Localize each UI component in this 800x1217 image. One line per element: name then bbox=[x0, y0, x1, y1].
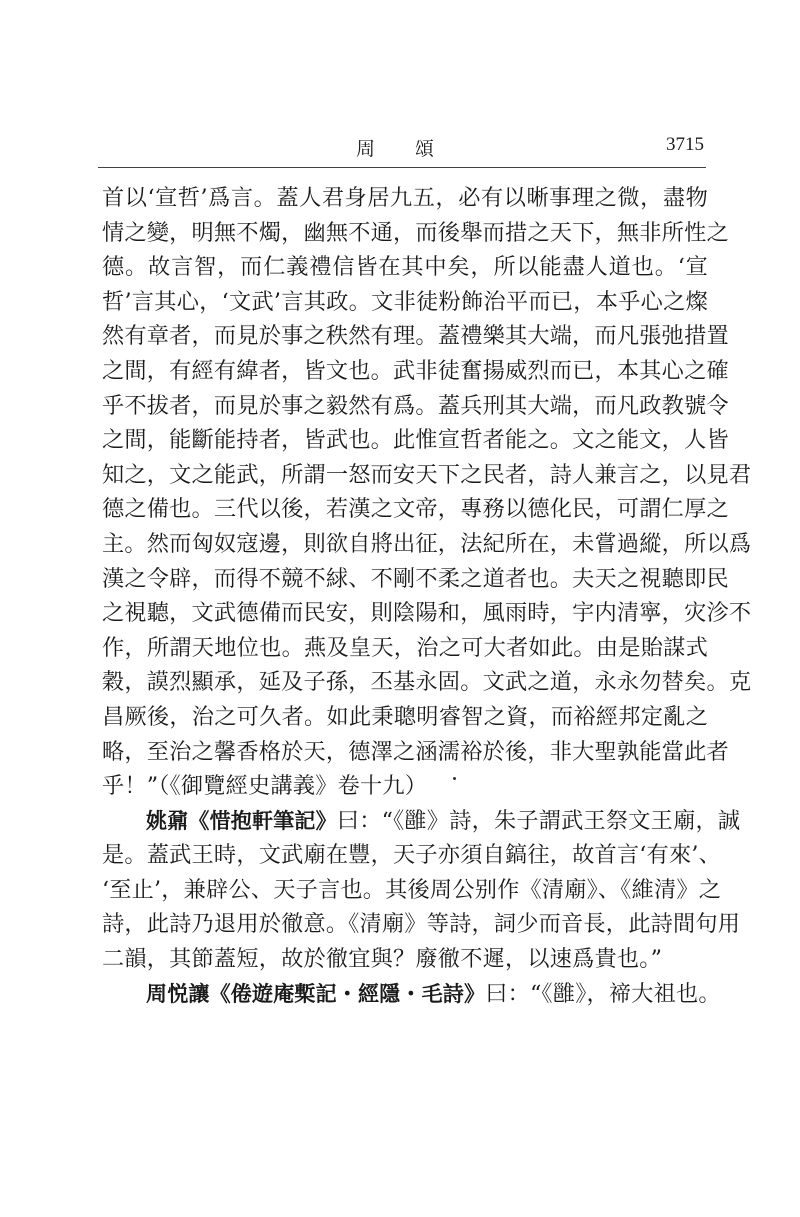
paragraph-yao-nai: 姚鼐《惜抱軒筆記》曰：“《雝》詩，朱子謂武王祭文王廟，誠 是。蓋武王時，文武廟在… bbox=[102, 804, 708, 977]
text-line: 之視聽，文武德備而民安，則陰陽和，風雨時，宇内清寧，灾沴不 bbox=[102, 596, 708, 631]
text-line: 穀，謨烈顯承，延及子孫，丕基永固。文武之道，永永勿替矣。克 bbox=[102, 665, 708, 700]
text-line: 是。蓋武王時，文武廟在豐，天子亦須自鎬往，故首言‘有來’、 bbox=[102, 838, 708, 873]
text-line: 德之備也。三代以後，若漢之文帝，專務以德化民，可謂仁厚之 bbox=[102, 492, 708, 527]
text-line: 之間，能斷能持者，皆武也。此惟宣哲者能之。文之能文，人皆 bbox=[102, 423, 708, 458]
quote-text: 曰：“《雝》，禘大祖也。 bbox=[485, 981, 721, 1007]
text-line: 詩，此詩乃退用於徹意。《清廟》等詩，詞少而音長，此詩間句用 bbox=[102, 907, 708, 942]
text-line: 之間，有經有緯者，皆文也。武非徒奮揚威烈而已，本其心之確 bbox=[102, 354, 708, 389]
text-line: 漢之令辟，而得不競不絿、不剛不柔之道者也。夫天之視聽即民 bbox=[102, 562, 708, 597]
text-line: ‘至止’，兼辟公、天子言也。其後周公别作《清廟》、《維清》之 bbox=[102, 873, 708, 908]
source-title: 《惜抱軒筆記》 bbox=[188, 809, 336, 833]
paragraph-commentary-quote: 首以‘宣哲’爲言。蓋人君身居九五，必有以晰事理之微，盡物 情之變，明無不燭，幽無… bbox=[102, 181, 708, 804]
running-title: 周頌 bbox=[356, 134, 434, 161]
page-number: 3715 bbox=[666, 134, 704, 156]
page-header: 周頌 3715 bbox=[98, 126, 706, 168]
source-title: 《倦遊庵槧記・經隱・毛詩》 bbox=[210, 982, 486, 1006]
text-line-citation: 乎！”（《御覽經史講義》卷十九） bbox=[102, 769, 708, 804]
author-name: 周悦讓 bbox=[146, 982, 210, 1006]
text-line: 首以‘宣哲’爲言。蓋人君身居九五，必有以晰事理之微，盡物 bbox=[102, 181, 708, 216]
text-line: 哲’言其心，‘文武’言其政。文非徒粉飾治平而已，本乎心之燦 bbox=[102, 285, 708, 320]
author-name: 姚鼐 bbox=[146, 809, 188, 833]
text-line: 知之，文之能武，所謂一怒而安天下之民者，詩人兼言之，以見君 bbox=[102, 458, 708, 493]
text-line: 略，至治之馨香格於天，德澤之涵濡裕於後，非大聖孰能當此者 bbox=[102, 735, 708, 770]
text-line: 德。故言智，而仁義禮信皆在其中矣，所以能盡人道也。‘宣 bbox=[102, 250, 708, 285]
running-title-char: 頌 bbox=[415, 134, 434, 161]
text-line: 昌厥後，治之可久者。如此秉聰明睿智之資，而裕經邦定亂之 bbox=[102, 700, 708, 735]
running-title-char: 周 bbox=[356, 134, 375, 161]
body-text: 首以‘宣哲’爲言。蓋人君身居九五，必有以晰事理之微，盡物 情之變，明無不燭，幽無… bbox=[102, 181, 708, 1011]
text-line: 作，所謂天地位也。燕及皇天，治之可大者如此。由是貽謀式 bbox=[102, 631, 708, 666]
paragraph-zhou-yuerang: 周悦讓《倦遊庵槧記・經隱・毛詩》曰：“《雝》，禘大祖也。 bbox=[102, 977, 708, 1012]
quote-text: 曰：“《雝》詩，朱子謂武王祭文王廟，誠 bbox=[337, 808, 740, 834]
text-line: 然有章者，而見於事之秩然有理。蓋禮樂其大端，而凡張弛措置 bbox=[102, 319, 708, 354]
text-line: 二韻，其節蓋短，故於徹宜與？廢徹不遲，以速爲貴也。” bbox=[102, 942, 708, 977]
text-line-first: 姚鼐《惜抱軒筆記》曰：“《雝》詩，朱子謂武王祭文王廟，誠 bbox=[102, 804, 708, 839]
text-line: 乎不拔者，而見於事之毅然有爲。蓋兵刑其大端，而凡政教號令 bbox=[102, 389, 708, 424]
text-line: 主。然而匈奴寇邊，則欲自將出征，法紀所在，未嘗過縱，所以爲 bbox=[102, 527, 708, 562]
text-line: 情之變，明無不燭，幽無不通，而後舉而措之天下，無非所性之 bbox=[102, 216, 708, 251]
emphasis-dot-mark bbox=[453, 777, 456, 780]
text-line-first: 周悦讓《倦遊庵槧記・經隱・毛詩》曰：“《雝》，禘大祖也。 bbox=[102, 977, 708, 1012]
